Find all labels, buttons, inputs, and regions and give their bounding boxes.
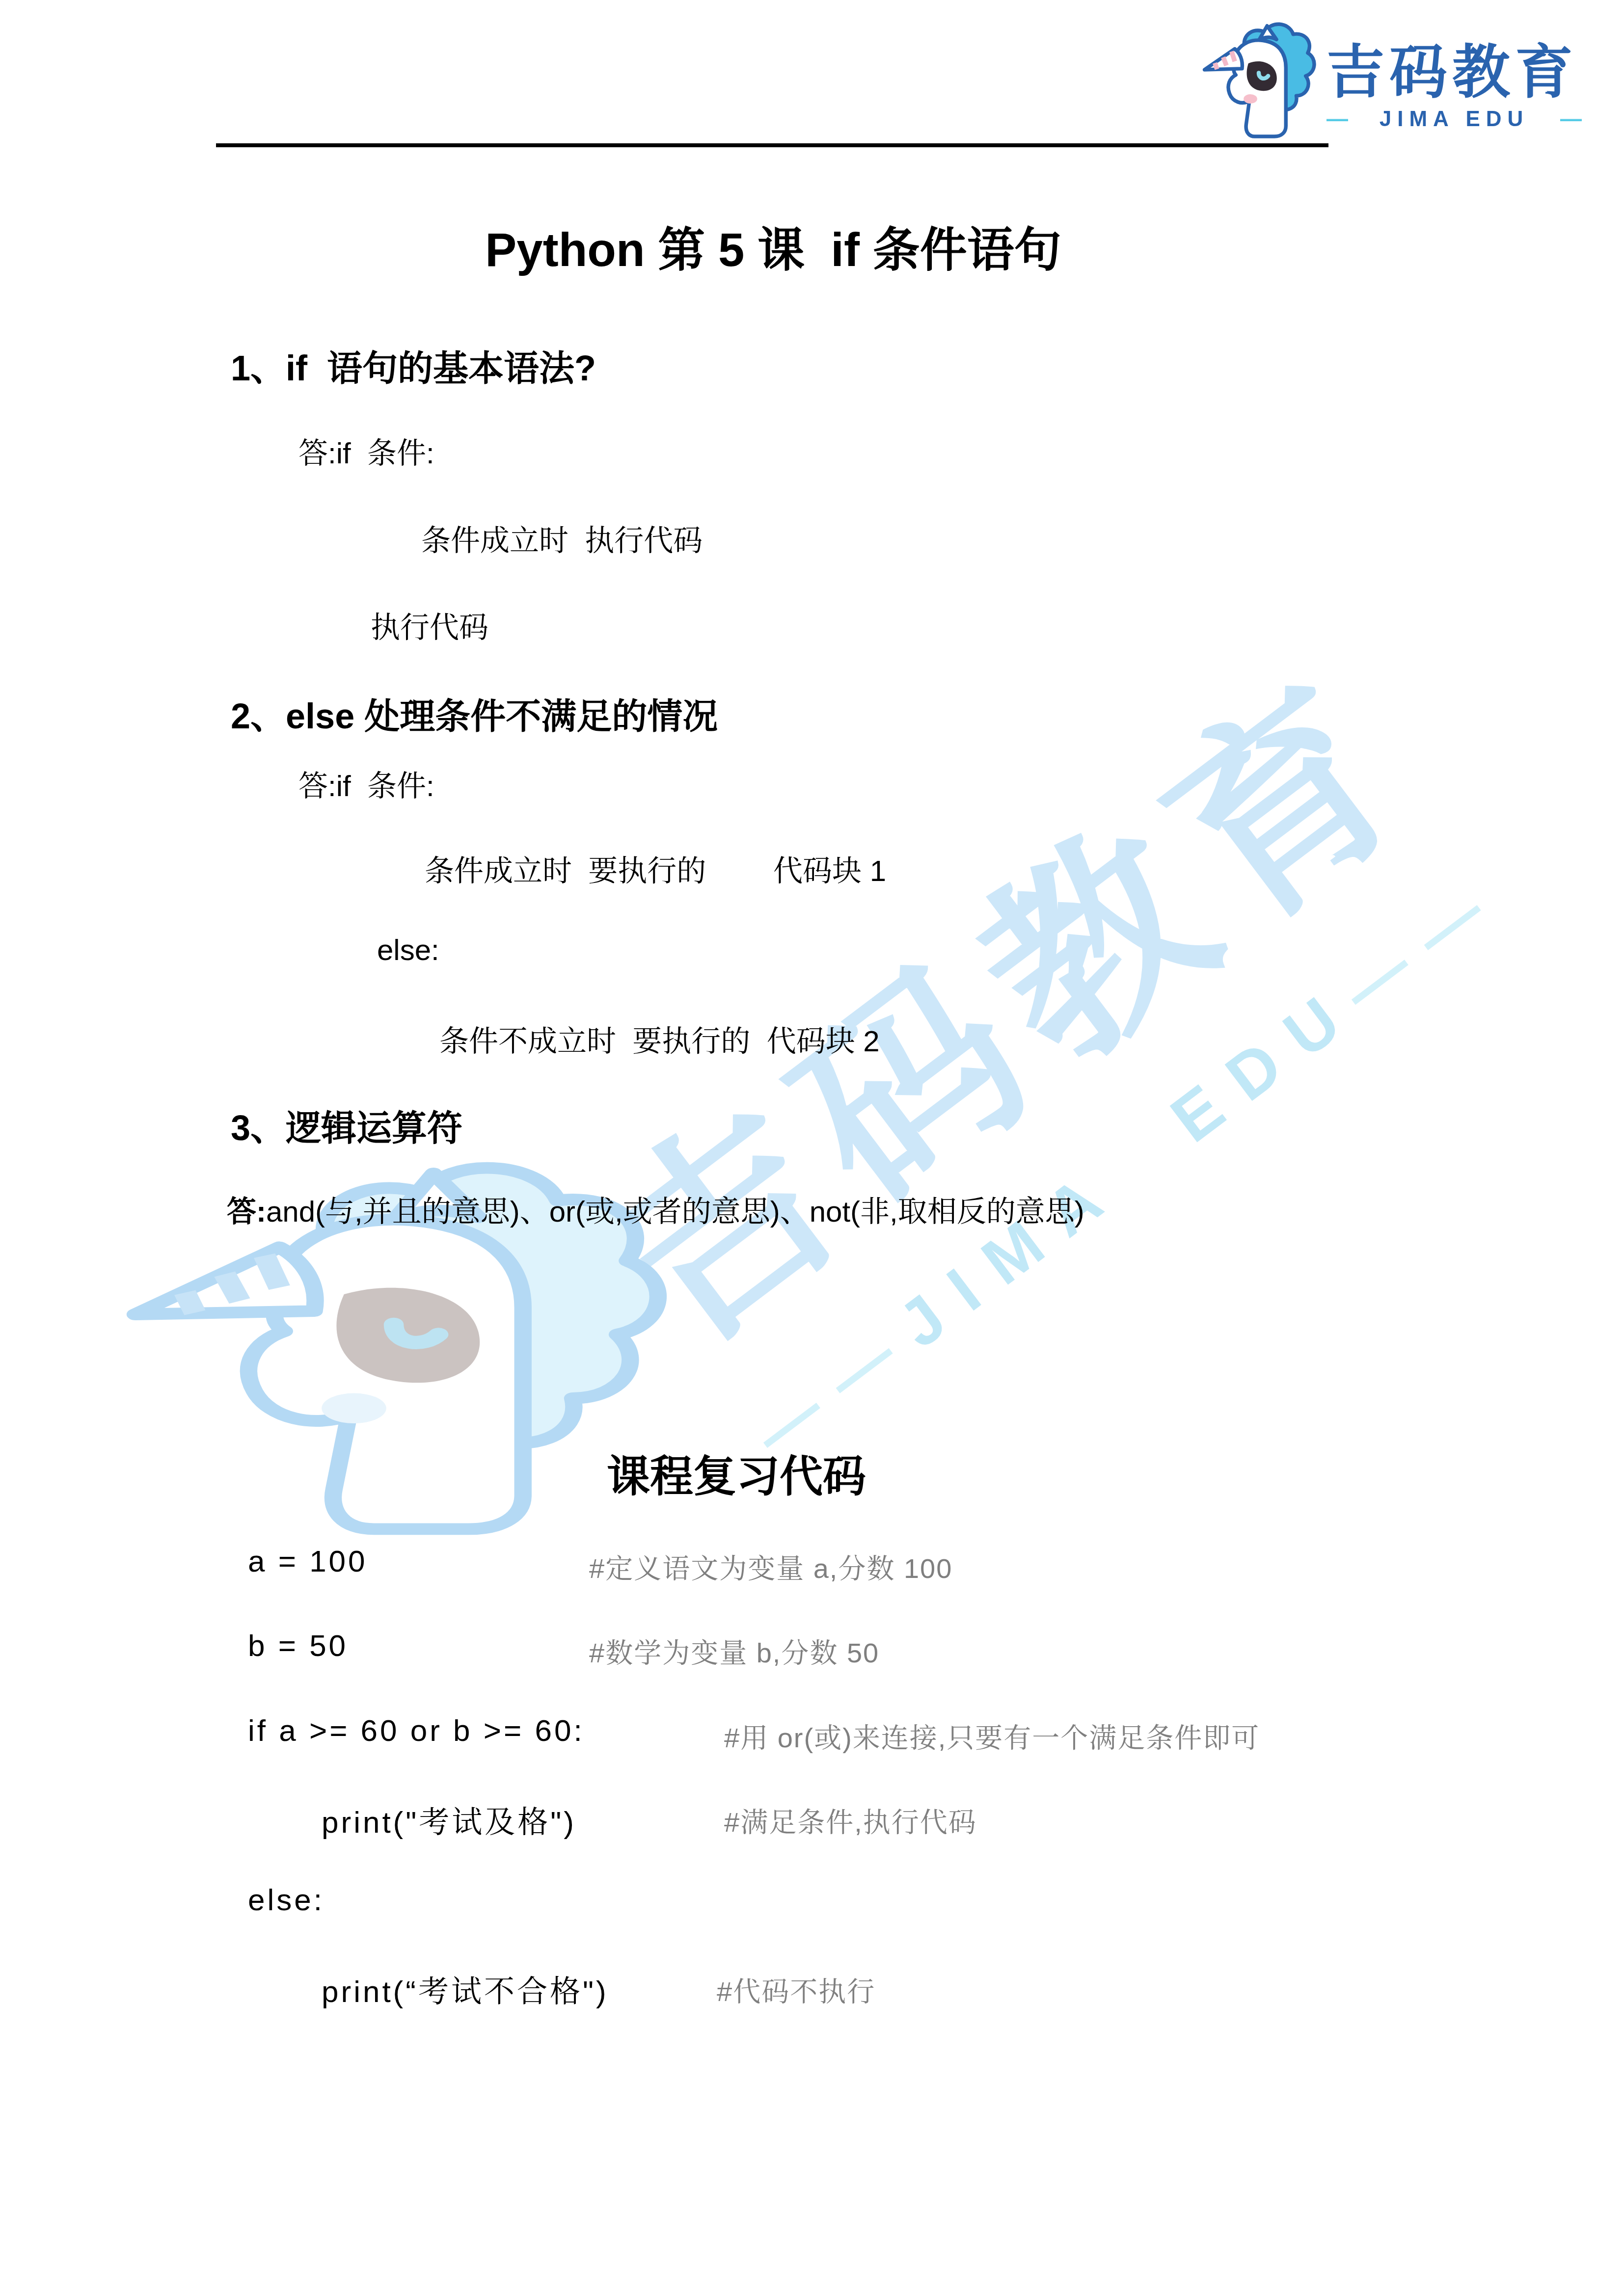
code-line: b = 50 #数学为变量 b,分数 50	[0, 1629, 1624, 1673]
unicorn-mascot-icon	[1200, 20, 1326, 145]
code-line: print(“考试不合格") #代码不执行	[0, 1967, 1624, 2011]
code-line: print("考试及格") #满足条件,执行代码	[0, 1798, 1624, 1842]
section-1-heading: 1、if 语句的基本语法?	[231, 340, 596, 391]
section-3-heading: 3、逻辑运算符	[231, 1099, 462, 1150]
brand-dash-right-icon: —	[1560, 107, 1582, 132]
watermark-brand-en-text: JIMA EDU	[885, 968, 1373, 1362]
brand-dash-left-icon: —	[1326, 107, 1348, 132]
section-1-body-line: 执行代码	[371, 604, 488, 646]
section-2-body-line: else:	[377, 933, 439, 967]
answer-label: 答:	[227, 1195, 266, 1228]
comment-text: #代码不执行	[717, 1970, 875, 2009]
brand-name-en: —JIMA EDU—	[1326, 107, 1582, 132]
code-text: if a >= 60 or b >= 60:	[248, 1713, 585, 1748]
section-1-body-line: 条件成立时 执行代码	[421, 517, 703, 560]
comment-text: #定义语文为变量 a,分数 100	[589, 1547, 952, 1586]
comment-text: #数学为变量 b,分数 50	[589, 1631, 879, 1671]
code-text: a = 100	[248, 1544, 368, 1579]
review-section-title: 课程复习代码	[216, 1442, 1257, 1504]
code-text: else:	[248, 1883, 325, 1918]
section-1-answer-line: 答:if 条件:	[298, 430, 434, 472]
document-page: 吉码教育 ——JIMA EDU—— 吉码教育 —JIMA EDU— Python…	[0, 0, 1624, 2296]
watermark-brand-cn: 吉码教育	[459, 535, 1543, 1457]
code-line: a = 100 #定义语文为变量 a,分数 100	[0, 1544, 1624, 1588]
code-text: print("考试及格")	[322, 1798, 576, 1842]
code-line: if a >= 60 or b >= 60: #用 or(或)来连接,只要有一个…	[0, 1713, 1624, 1758]
comment-text: #用 or(或)来连接,只要有一个满足条件即可	[724, 1716, 1260, 1756]
section-2-heading: 2、else 处理条件不满足的情况	[231, 688, 718, 739]
header-rule	[216, 143, 1328, 147]
code-line: else:	[0, 1883, 1624, 1927]
code-text: print(“考试不合格")	[322, 1967, 609, 2011]
section-2-body-line: 条件成立时 要执行的 代码块 1	[425, 848, 886, 890]
comment-text: #满足条件,执行代码	[724, 1801, 977, 1840]
watermark-dash-right: ——	[1328, 859, 1517, 1028]
section-3-answer-line: 答:and(与,并且的意思)、or(或,或者的意思)、not(非,取相反的意思)	[227, 1188, 1084, 1230]
section-2-body-line: 条件不成立时 要执行的 代码块 2	[439, 1018, 880, 1060]
watermark-brand-en: ——JIMA EDU——	[655, 795, 1602, 1535]
code-text: b = 50	[248, 1629, 348, 1663]
section-2-answer-line: 答:if 条件:	[298, 763, 434, 805]
brand-name-en-text: JIMA EDU	[1380, 107, 1529, 132]
page-title: Python 第 5 课 if 条件语句	[216, 213, 1330, 280]
answer-text: and(与,并且的意思)、or(或,或者的意思)、not(非,取相反的意思)	[266, 1195, 1084, 1228]
brand-name-cn: 吉码教育	[1326, 26, 1578, 109]
